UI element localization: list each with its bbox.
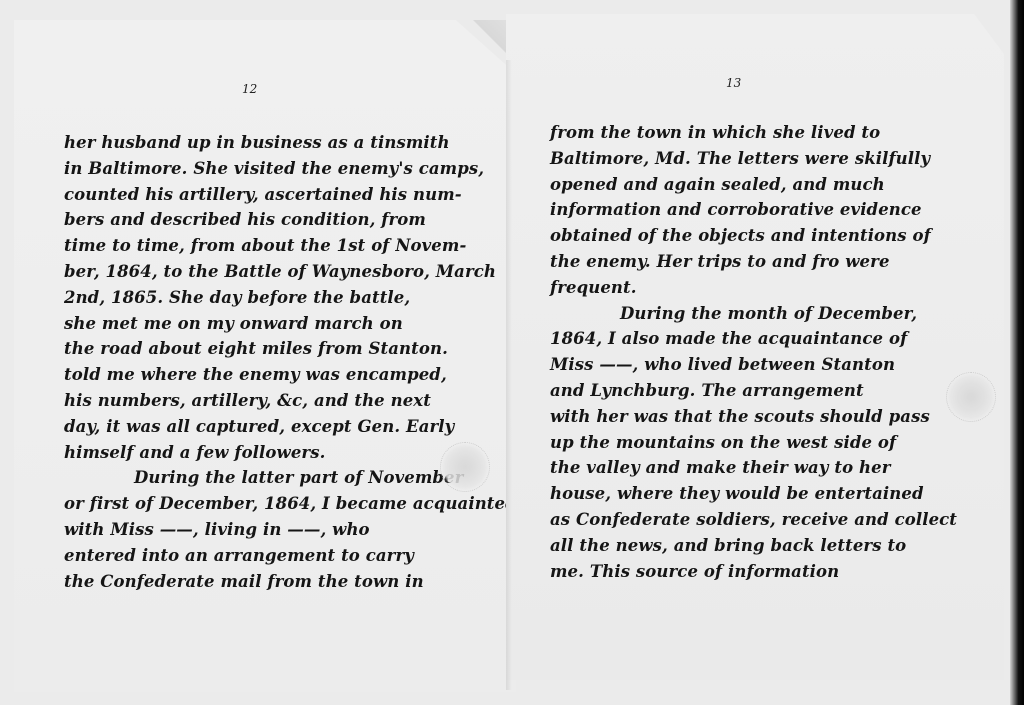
manuscript-line: obtained of the objects and intentions o… [550,223,957,249]
manuscript-line: counted his artillery, ascertained his n… [64,182,517,208]
manuscript-line: 1864, I also made the acquaintance of [550,326,957,352]
manuscript-line: Miss ——, who lived between Stanton [550,352,957,378]
manuscript-line: her husband up in business as a tinsmith [64,130,517,156]
library-seal-icon [440,442,490,492]
scan-edge [1010,0,1024,705]
manuscript-line: entered into an arrangement to carry [64,543,517,569]
manuscript-line: 2nd, 1865. She day before the battle, [64,285,517,311]
manuscript-line: in Baltimore. She visited the enemy's ca… [64,156,517,182]
manuscript-line: with Miss ——, living in ——, who [64,517,517,543]
manuscript-line: opened and again sealed, and much [550,172,957,198]
page-number: 12 [242,82,257,96]
page-12-text: her husband up in business as a tinsmith… [64,130,517,594]
manuscript-line: up the mountains on the west side of [550,430,957,456]
manuscript-line: time to time, from about the 1st of Nove… [64,233,517,259]
page-gutter-shadow [506,60,512,690]
manuscript-line: as Confederate soldiers, receive and col… [550,507,957,533]
page-12: 12 her husband up in business as a tinsm… [14,20,516,692]
manuscript-line: day, it was all captured, except Gen. Ea… [64,414,517,440]
manuscript-line: the valley and make their way to her [550,455,957,481]
manuscript-line: the Confederate mail from the town in [64,569,517,595]
manuscript-line: ber, 1864, to the Battle of Waynesboro, … [64,259,517,285]
manuscript-line: with her was that the scouts should pass [550,404,957,430]
manuscript-line: During the month of December, [550,301,957,327]
manuscript-line: bers and described his condition, from [64,207,517,233]
manuscript-scan: 12 her husband up in business as a tinsm… [0,0,1024,705]
manuscript-line: or first of December, 1864, I became acq… [64,491,517,517]
manuscript-line: all the news, and bring back letters to [550,533,957,559]
manuscript-line: and Lynchburg. The arrangement [550,378,957,404]
manuscript-line: information and corroborative evidence [550,197,957,223]
page-13-text: from the town in which she lived toBalti… [550,120,957,584]
manuscript-line: Baltimore, Md. The letters were skilfull… [550,146,957,172]
manuscript-line: me. This source of information [550,559,957,585]
manuscript-line: house, where they would be entertained [550,481,957,507]
manuscript-line: from the town in which she lived to [550,120,957,146]
manuscript-line: the enemy. Her trips to and fro were [550,249,957,275]
manuscript-line: she met me on my onward march on [64,311,517,337]
manuscript-line: the road about eight miles from Stanton. [64,336,517,362]
library-seal-icon [946,372,996,422]
page-number: 13 [726,76,741,90]
manuscript-line: his numbers, artillery, &c, and the next [64,388,517,414]
manuscript-line: frequent. [550,275,957,301]
page-13: 13 from the town in which she lived toBa… [506,14,1004,680]
manuscript-line: told me where the enemy was encamped, [64,362,517,388]
